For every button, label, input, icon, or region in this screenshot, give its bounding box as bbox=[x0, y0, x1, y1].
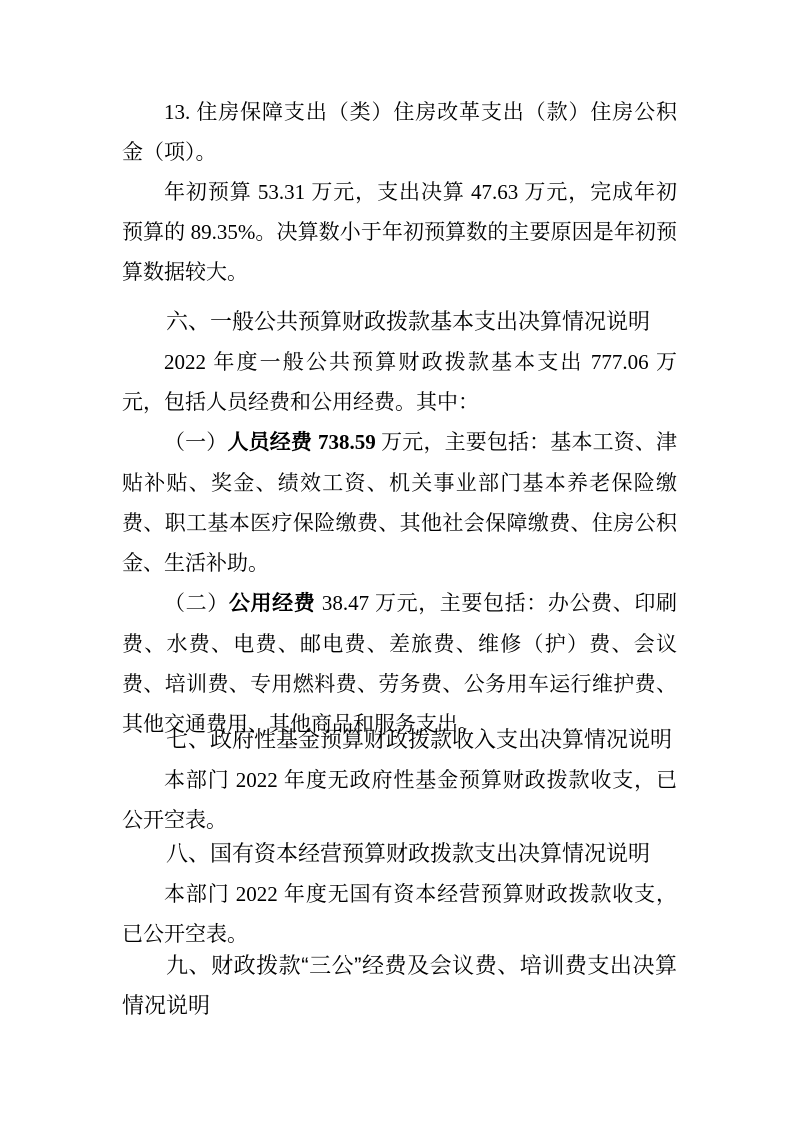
heading-section-nine-three-public-funds: 九、财政拨款“三公”经费及会议费、培训费支出决算情况说明 bbox=[122, 946, 677, 1026]
paragraph-item-13-budget-detail: 年初预算 53.31 万元，支出决算 47.63 万元，完成年初预算的 89.3… bbox=[122, 172, 677, 292]
paragraph-basic-expenditure-total: 2022 年度一般公共预算财政拨款基本支出 777.06 万元，包括人员经费和公… bbox=[122, 342, 677, 422]
paragraph-government-fund-note: 本部门 2022 年度无政府性基金预算财政拨款收支，已公开空表。 bbox=[122, 760, 677, 840]
document-body: 13. 住房保障支出（类）住房改革支出（款）住房公积金（项）。 年初预算 53.… bbox=[0, 0, 793, 1026]
heading-section-six-basic-expenditure: 六、一般公共预算财政拨款基本支出决算情况说明 bbox=[122, 302, 677, 342]
public-expense-prefix: （二） bbox=[164, 591, 229, 615]
paragraph-personnel-expense: （一）人员经费 738.59 万元，主要包括：基本工资、津贴补贴、奖金、绩效工资… bbox=[122, 422, 677, 583]
heading-section-eight-state-capital: 八、国有资本经营预算财政拨款支出决算情况说明 bbox=[122, 834, 677, 874]
public-expense-label: 公用经费 bbox=[229, 592, 322, 615]
personnel-expense-amount: 738.59 bbox=[318, 430, 381, 454]
personnel-expense-label: 人员经费 bbox=[227, 431, 318, 454]
document-page: 13. 住房保障支出（类）住房改革支出（款）住房公积金（项）。 年初预算 53.… bbox=[0, 0, 793, 1122]
subheading-item-13-housing: 13. 住房保障支出（类）住房改革支出（款）住房公积金（项）。 bbox=[122, 92, 677, 172]
paragraph-state-capital-note: 本部门 2022 年度无国有资本经营预算财政拨款收支，已公开空表。 bbox=[122, 874, 677, 954]
personnel-expense-prefix: （一） bbox=[164, 430, 227, 454]
heading-section-seven-government-fund: 七、政府性基金预算财政拨款收入支出决算情况说明 bbox=[122, 720, 677, 760]
